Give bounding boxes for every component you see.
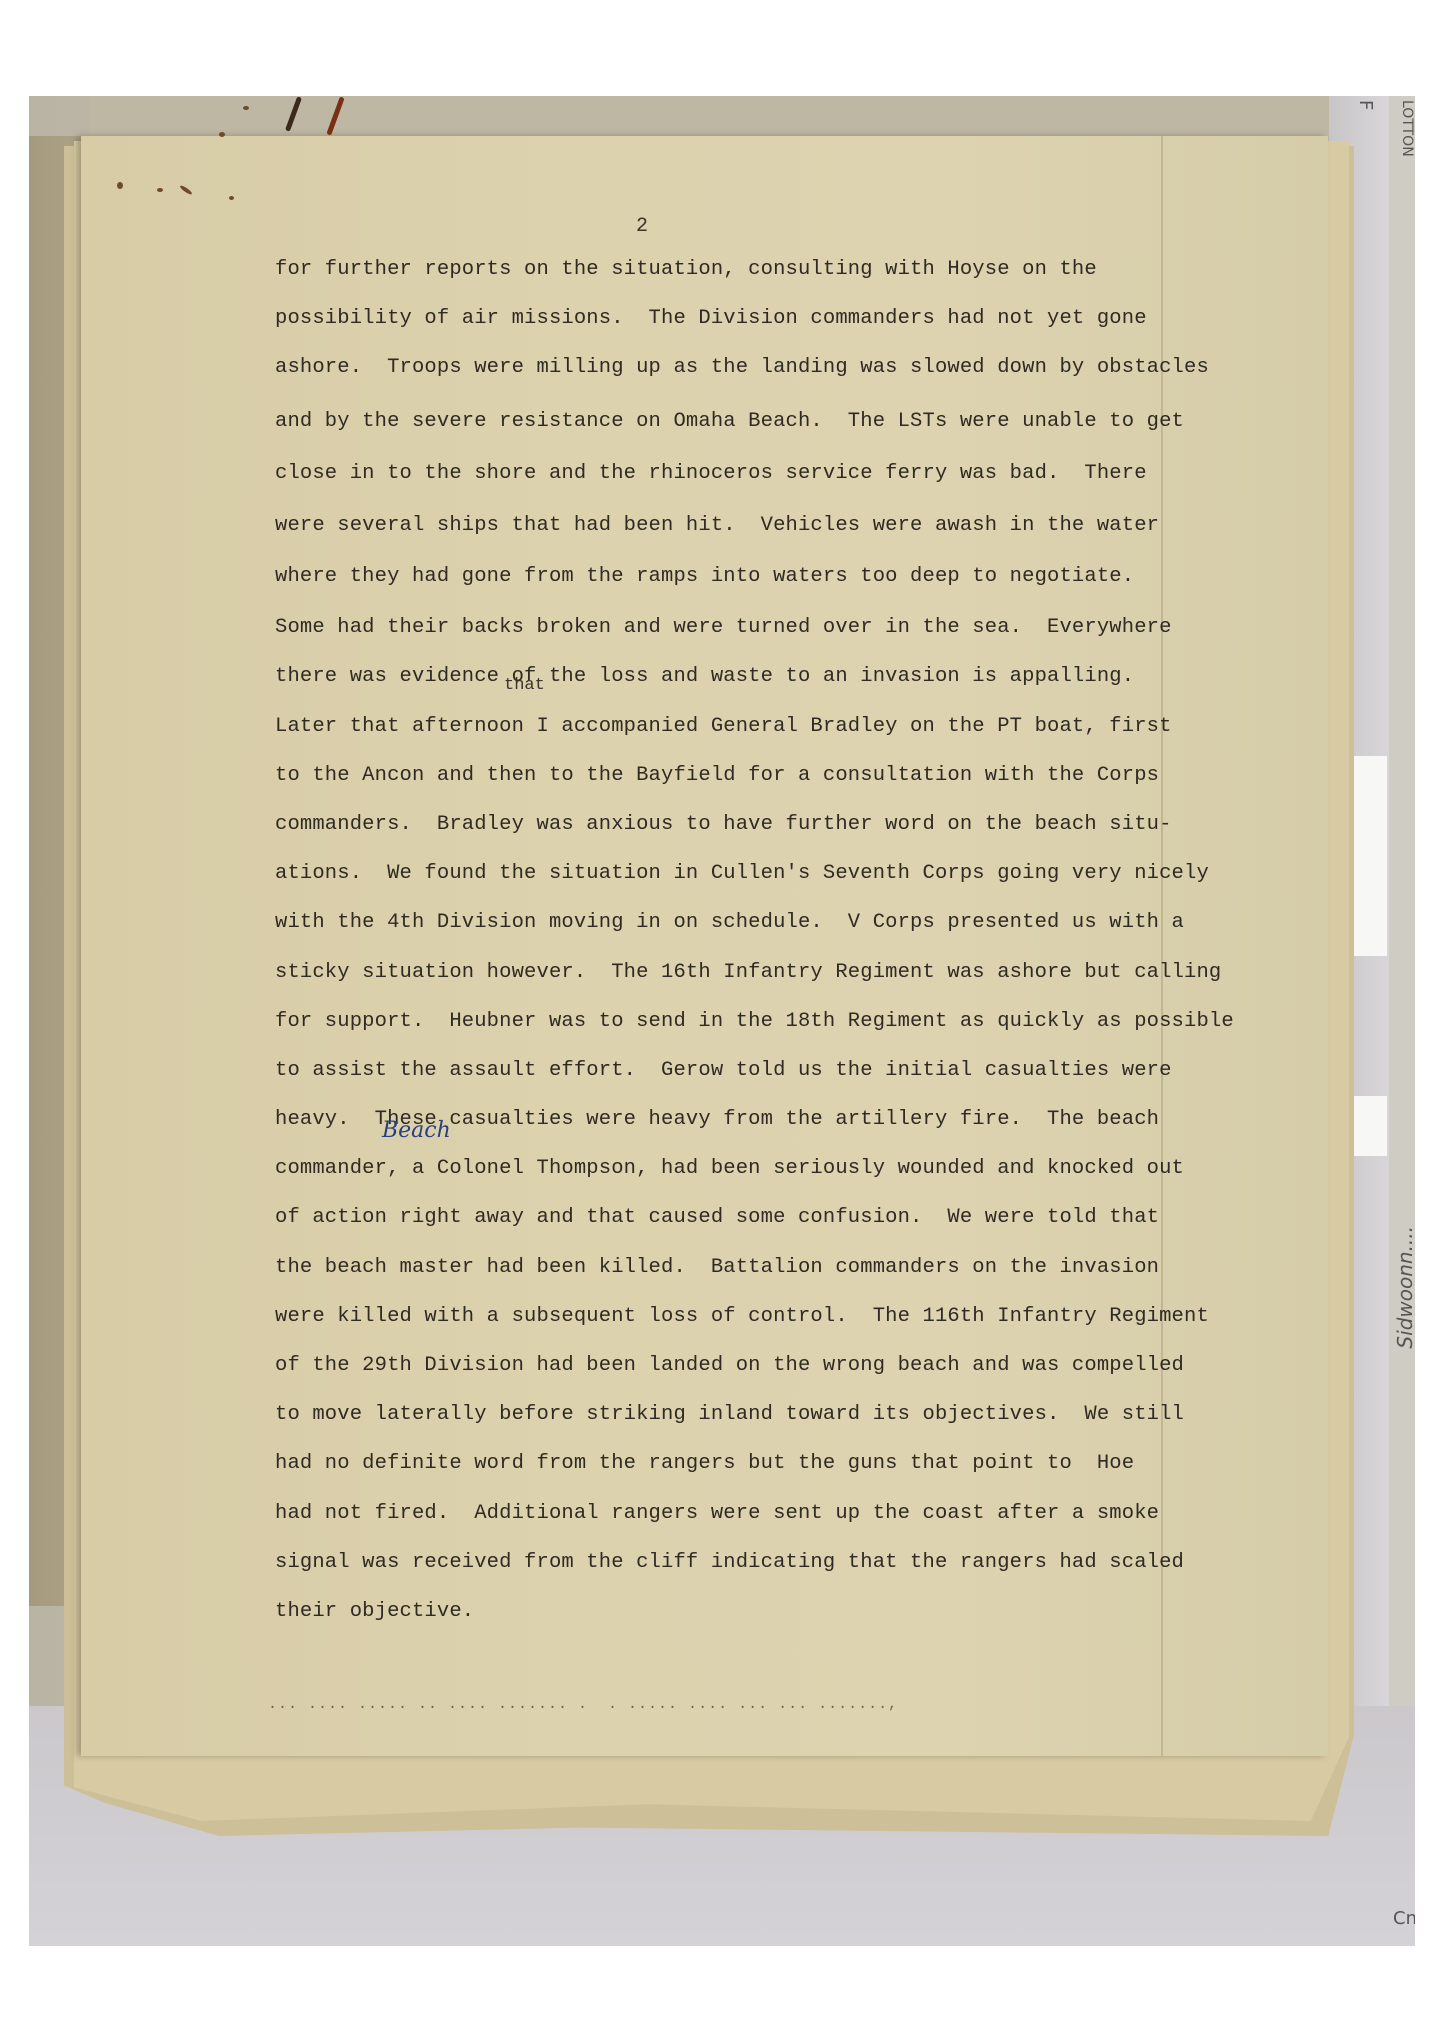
- text-line: ations. We found the situation in Cullen…: [275, 862, 1275, 911]
- text-line: there was evidence of the loss and waste…: [275, 665, 1275, 714]
- handwritten-correction: Beach: [382, 1118, 451, 1143]
- text-line: to assist the assault effort. Gerow told…: [275, 1059, 1275, 1108]
- text-line: their objective.: [275, 1600, 1275, 1649]
- margin-mark: F: [1355, 100, 1376, 110]
- text-line: the beach master had been killed. Battal…: [275, 1256, 1275, 1305]
- margin-handwriting: Sidwoonn....: [1393, 1226, 1415, 1349]
- bleed-through-text: ... .... ..... .. .... ....... . . .....…: [268, 1696, 898, 1713]
- text-line: had no definite word from the rangers bu…: [275, 1452, 1275, 1501]
- text-line: were killed with a subsequent loss of co…: [275, 1305, 1275, 1354]
- text-line: for support. Heubner was to send in the …: [275, 1010, 1275, 1059]
- text-line: and by the severe resistance on Omaha Be…: [275, 410, 1275, 462]
- text-line: to move laterally before striking inland…: [275, 1403, 1275, 1452]
- page-number: 2: [636, 215, 648, 238]
- margin-mark: LOTTON: [1399, 100, 1415, 157]
- text-line: were several ships that had been hit. Ve…: [275, 514, 1275, 565]
- text-line: close in to the shore and the rhinoceros…: [275, 462, 1275, 514]
- text-line: of the 29th Division had been landed on …: [275, 1354, 1275, 1403]
- text-line: where they had gone from the ramps into …: [275, 565, 1275, 616]
- text-line: signal was received from the cliff indic…: [275, 1551, 1275, 1600]
- stain-mark: [117, 182, 123, 189]
- interlinear-insertion: that: [504, 676, 545, 695]
- text-line: Later that afternoon I accompanied Gener…: [275, 715, 1275, 764]
- text-line: ashore. Troops were milling up as the la…: [275, 356, 1275, 410]
- stain-mark: [229, 196, 234, 200]
- text-line: commanders. Bradley was anxious to have …: [275, 813, 1275, 862]
- text-line: possibility of air missions. The Divisio…: [275, 307, 1275, 356]
- typed-text-body: for further reports on the situation, co…: [275, 258, 1275, 1649]
- corner-mark: Cn: [1393, 1908, 1415, 1929]
- text-line: Some had their backs broken and were tur…: [275, 616, 1275, 665]
- text-line: sticky situation however. The 16th Infan…: [275, 961, 1275, 1010]
- stain-mark: [157, 188, 163, 192]
- text-line: of action right away and that caused som…: [275, 1206, 1275, 1255]
- text-line: for further reports on the situation, co…: [275, 258, 1275, 307]
- text-line: had not fired. Additional rangers were s…: [275, 1502, 1275, 1551]
- stain-mark: [219, 132, 225, 137]
- text-line: with the 4th Division moving in on sched…: [275, 911, 1275, 960]
- stain-mark: [243, 106, 249, 110]
- text-line: commander, a Colonel Thompson, had been …: [275, 1157, 1275, 1206]
- text-line: to the Ancon and then to the Bayfield fo…: [275, 764, 1275, 813]
